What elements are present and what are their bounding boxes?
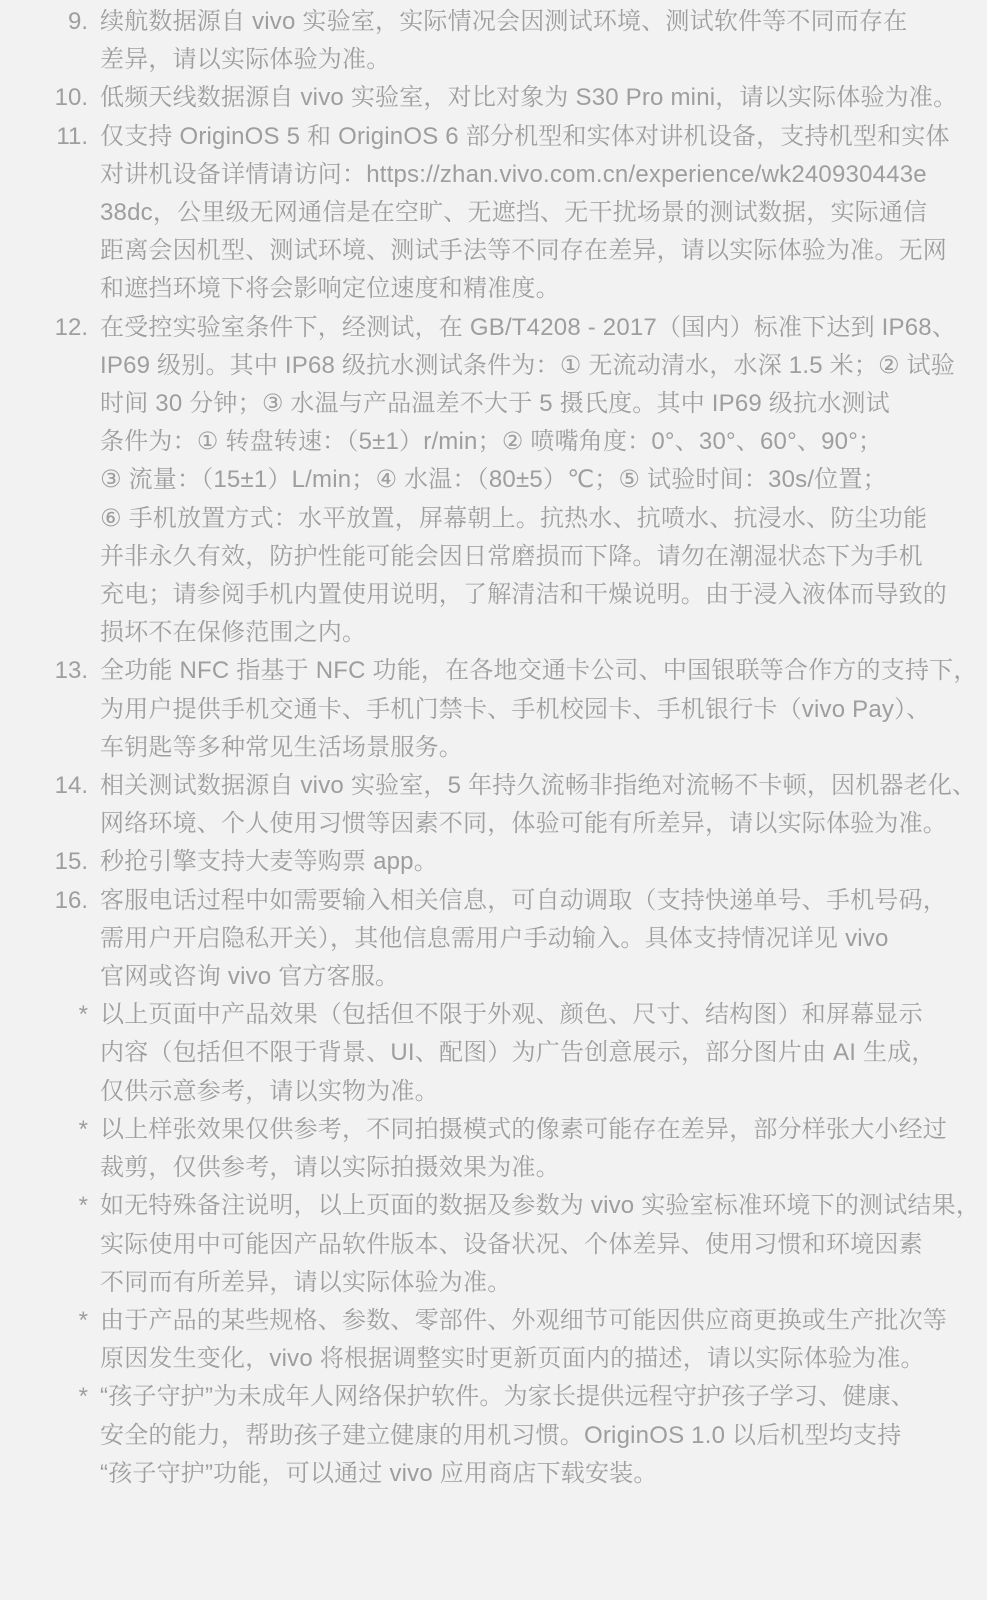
footnote-body: 如无特殊备注说明，以上页面的数据及参数为 vivo 实验室标准环境下的测试结果，…: [100, 1187, 937, 1302]
footnote-line: 如无特殊备注说明，以上页面的数据及参数为 vivo 实验室标准环境下的测试结果，: [100, 1187, 937, 1225]
footnote-body: 以上页面中产品效果（包括但不限于外观、颜色、尺寸、结构图）和屏幕显示内容（包括但…: [100, 996, 936, 1111]
footnote-line: 官网或咨询 vivo 官方客服。: [100, 958, 937, 996]
footnote-item: 10.低频天线数据源自 vivo 实验室，对比对象为 S30 Pro mini，…: [0, 79, 937, 117]
footnote-line: “孩子守护”功能，可以通过 vivo 应用商店下载安装。: [100, 1455, 915, 1493]
footnote-line: 以上样张效果仅供参考，不同拍摄模式的像素可能存在差异，部分样张大小经过: [100, 1111, 937, 1149]
footnote-line: 差异，请以实际体验为准。: [100, 41, 907, 79]
footnote-body: “孩子守护”为未成年人网络保护软件。为家长提供远程守护孩子学习、健康、安全的能力…: [100, 1378, 915, 1493]
footnote-line: 客服电话过程中如需要输入相关信息，可自动调取（支持快递单号、手机号码，: [100, 882, 937, 920]
footnote-item: 11.仅支持 OriginOS 5 和 OriginOS 6 部分机型和实体对讲…: [0, 118, 937, 309]
footnote-line: 充电；请参阅手机内置使用说明，了解清洁和干燥说明。由于浸入液体而导致的: [100, 576, 937, 614]
footnote-body: 秒抢引擎支持大麦等购票 app。: [100, 843, 438, 881]
footnote-marker: 10.: [0, 79, 88, 117]
footnote-line: IP69 级别。其中 IP68 级抗水测试条件为：① 无流动清水，水深 1.5 …: [100, 347, 937, 385]
footnote-item: *以上页面中产品效果（包括但不限于外观、颜色、尺寸、结构图）和屏幕显示内容（包括…: [0, 996, 937, 1111]
footnote-line: 38dc，公里级无网通信是在空旷、无遮挡、无干扰场景的测试数据，实际通信: [100, 194, 937, 232]
footnote-body: 在受控实验室条件下，经测试，在 GB/T4208 - 2017（国内）标准下达到…: [100, 309, 937, 653]
footnote-marker: 12.: [0, 309, 88, 347]
footnote-line: 不同而有所差异，请以实际体验为准。: [100, 1264, 937, 1302]
footnote-line: 相关测试数据源自 vivo 实验室，5 年持久流畅非指绝对流畅不卡顿，因机器老化…: [100, 767, 937, 805]
footnote-line: 需用户开启隐私开关），其他信息需用户手动输入。具体支持情况详见 vivo: [100, 920, 937, 958]
footnote-line: 低频天线数据源自 vivo 实验室，对比对象为 S30 Pro mini，请以实…: [100, 79, 937, 117]
footnote-line: 续航数据源自 vivo 实验室，实际情况会因测试环境、测试软件等不同而存在: [100, 3, 907, 41]
footnote-item: *“孩子守护”为未成年人网络保护软件。为家长提供远程守护孩子学习、健康、安全的能…: [0, 1378, 937, 1493]
footnote-line: 时间 30 分钟；③ 水温与产品温差不大于 5 摄氏度。其中 IP69 级抗水测…: [100, 385, 937, 423]
footnote-marker: *: [0, 1302, 88, 1340]
disclaimer-footnotes: 9.续航数据源自 vivo 实验室，实际情况会因测试环境、测试软件等不同而存在差…: [0, 0, 987, 1493]
footnote-body: 续航数据源自 vivo 实验室，实际情况会因测试环境、测试软件等不同而存在差异，…: [100, 3, 907, 79]
footnote-marker: 11.: [0, 118, 88, 156]
footnote-line: 以上页面中产品效果（包括但不限于外观、颜色、尺寸、结构图）和屏幕显示: [100, 996, 936, 1034]
footnote-item: *以上样张效果仅供参考，不同拍摄模式的像素可能存在差异，部分样张大小经过裁剪，仅…: [0, 1111, 937, 1187]
footnote-line: 实际使用中可能因产品软件版本、设备状况、个体差异、使用习惯和环境因素: [100, 1226, 937, 1264]
footnote-body: 相关测试数据源自 vivo 实验室，5 年持久流畅非指绝对流畅不卡顿，因机器老化…: [100, 767, 937, 843]
footnote-marker: *: [0, 1187, 88, 1225]
footnote-body: 全功能 NFC 指基于 NFC 功能，在各地交通卡公司、中国银联等合作方的支持下…: [100, 652, 937, 767]
footnote-line: 车钥匙等多种常见生活场景服务。: [100, 729, 937, 767]
footnote-line: 仅支持 OriginOS 5 和 OriginOS 6 部分机型和实体对讲机设备…: [100, 118, 937, 156]
footnote-marker: 13.: [0, 652, 88, 690]
footnote-line: ⑥ 手机放置方式：水平放置，屏幕朝上。抗热水、抗喷水、抗浸水、防尘功能: [100, 500, 937, 538]
footnote-marker: 16.: [0, 882, 88, 920]
footnote-marker: *: [0, 1378, 88, 1416]
footnote-marker: *: [0, 996, 88, 1034]
footnote-line: 和遮挡环境下将会影响定位速度和精准度。: [100, 270, 937, 308]
footnote-item: 16.客服电话过程中如需要输入相关信息，可自动调取（支持快递单号、手机号码，需用…: [0, 882, 937, 997]
footnote-body: 仅支持 OriginOS 5 和 OriginOS 6 部分机型和实体对讲机设备…: [100, 118, 937, 309]
footnote-marker: 9.: [0, 3, 88, 41]
footnote-line: 在受控实验室条件下，经测试，在 GB/T4208 - 2017（国内）标准下达到…: [100, 309, 937, 347]
footnote-body: 由于产品的某些规格、参数、零部件、外观细节可能因供应商更换或生产批次等原因发生变…: [100, 1302, 937, 1378]
footnote-line: 对讲机设备详情请访问：https://zhan.vivo.com.cn/expe…: [100, 156, 937, 194]
footnote-item: *如无特殊备注说明，以上页面的数据及参数为 vivo 实验室标准环境下的测试结果…: [0, 1187, 937, 1302]
footnote-line: 网络环境、个人使用习惯等因素不同，体验可能有所差异，请以实际体验为准。: [100, 805, 937, 843]
footnote-line: 安全的能力，帮助孩子建立健康的用机习惯。OriginOS 1.0 以后机型均支持: [100, 1417, 915, 1455]
footnote-item: 12.在受控实验室条件下，经测试，在 GB/T4208 - 2017（国内）标准…: [0, 309, 937, 653]
footnote-line: 原因发生变化，vivo 将根据调整实时更新页面内的描述，请以实际体验为准。: [100, 1340, 937, 1378]
footnote-line: “孩子守护”为未成年人网络保护软件。为家长提供远程守护孩子学习、健康、: [100, 1378, 915, 1416]
footnote-item: *由于产品的某些规格、参数、零部件、外观细节可能因供应商更换或生产批次等原因发生…: [0, 1302, 937, 1378]
footnote-line: 裁剪，仅供参考，请以实际拍摄效果为准。: [100, 1149, 937, 1187]
footnote-line: 为用户提供手机交通卡、手机门禁卡、手机校园卡、手机银行卡（vivo Pay）、: [100, 691, 937, 729]
footnote-line: 仅供示意参考，请以实物为准。: [100, 1073, 936, 1111]
footnote-line: 全功能 NFC 指基于 NFC 功能，在各地交通卡公司、中国银联等合作方的支持下…: [100, 652, 937, 690]
footnote-line: ③ 流量：（15±1）L/min；④ 水温：（80±5）℃；⑤ 试验时间：30s…: [100, 461, 937, 499]
footnote-line: 内容（包括但不限于背景、UI、配图）为广告创意展示，部分图片由 AI 生成，: [100, 1034, 936, 1072]
footnote-body: 客服电话过程中如需要输入相关信息，可自动调取（支持快递单号、手机号码，需用户开启…: [100, 882, 937, 997]
footnote-marker: 14.: [0, 767, 88, 805]
footnote-item: 9.续航数据源自 vivo 实验室，实际情况会因测试环境、测试软件等不同而存在差…: [0, 3, 937, 79]
footnote-line: 距离会因机型、测试环境、测试手法等不同存在差异，请以实际体验为准。无网: [100, 232, 937, 270]
footnote-item: 15.秒抢引擎支持大麦等购票 app。: [0, 843, 937, 881]
footnote-marker: 15.: [0, 843, 88, 881]
footnote-item: 14.相关测试数据源自 vivo 实验室，5 年持久流畅非指绝对流畅不卡顿，因机…: [0, 767, 937, 843]
footnote-line: 条件为：① 转盘转速：（5±1）r/min；② 喷嘴角度：0°、30°、60°、…: [100, 423, 937, 461]
footnote-item: 13.全功能 NFC 指基于 NFC 功能，在各地交通卡公司、中国银联等合作方的…: [0, 652, 937, 767]
footnote-line: 损坏不在保修范围之内。: [100, 614, 937, 652]
footnote-line: 秒抢引擎支持大麦等购票 app。: [100, 843, 438, 881]
footnote-line: 由于产品的某些规格、参数、零部件、外观细节可能因供应商更换或生产批次等: [100, 1302, 937, 1340]
footnote-body: 低频天线数据源自 vivo 实验室，对比对象为 S30 Pro mini，请以实…: [100, 79, 937, 117]
footnote-body: 以上样张效果仅供参考，不同拍摄模式的像素可能存在差异，部分样张大小经过裁剪，仅供…: [100, 1111, 937, 1187]
footnote-line: 并非永久有效，防护性能可能会因日常磨损而下降。请勿在潮湿状态下为手机: [100, 538, 937, 576]
footnote-marker: *: [0, 1111, 88, 1149]
